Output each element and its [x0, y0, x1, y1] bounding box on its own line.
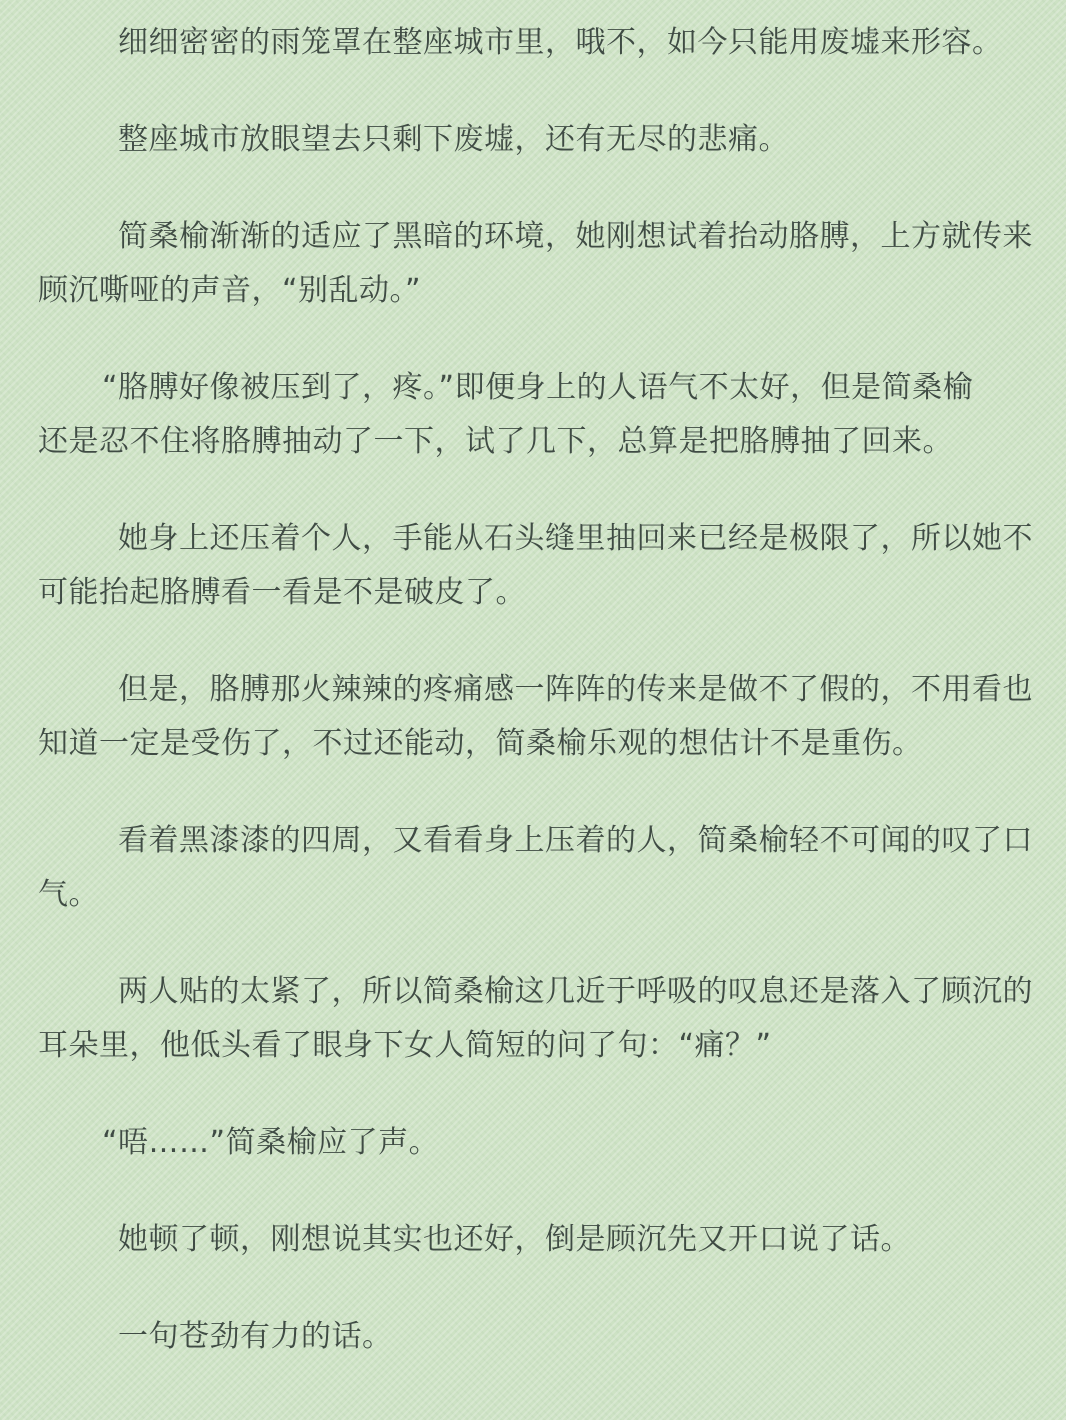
text-line: 知道一定是受伤了，不过还能动，简桑榆乐观的想估计不是重伤。: [38, 717, 1036, 771]
paragraph: 两人贴的太紧了，所以简桑榆这几近于呼吸的叹息还是落入了顾沉的耳朵里，他低头看了眼…: [38, 965, 1036, 1073]
text-line: 一句苍劲有力的话。: [38, 1310, 1036, 1364]
paragraph: “唔……”简桑榆应了声。: [38, 1116, 1036, 1170]
paragraph: 她身上还压着个人，手能从石头缝里抽回来已经是极限了，所以她不可能抬起胳膊看一看是…: [38, 512, 1036, 620]
paragraph: 整座城市放眼望去只剩下废墟，还有无尽的悲痛。: [38, 113, 1036, 167]
text-line: 还是忍不住将胳膊抽动了一下，试了几下，总算是把胳膊抽了回来。: [38, 415, 1036, 469]
reading-page[interactable]: 细细密密的雨笼罩在整座城市里，哦不，如今只能用废墟来形容。整座城市放眼望去只剩下…: [0, 0, 1066, 1420]
text-line: “胳膊好像被压到了，疼。”即便身上的人语气不太好，但是简桑榆: [38, 361, 1036, 415]
paragraph: 看着黑漆漆的四周，又看看身上压着的人，简桑榆轻不可闻的叹了口气。: [38, 814, 1036, 922]
paragraph: “胳膊好像被压到了，疼。”即便身上的人语气不太好，但是简桑榆还是忍不住将胳膊抽动…: [38, 361, 1036, 469]
text-line: 两人贴的太紧了，所以简桑榆这几近于呼吸的叹息还是落入了顾沉的: [38, 965, 1036, 1019]
novel-text-body: 细细密密的雨笼罩在整座城市里，哦不，如今只能用废墟来形容。整座城市放眼望去只剩下…: [38, 16, 1036, 1364]
paragraph: 细细密密的雨笼罩在整座城市里，哦不，如今只能用废墟来形容。: [38, 16, 1036, 70]
text-line: “唔……”简桑榆应了声。: [38, 1116, 1036, 1170]
paragraph: 一句苍劲有力的话。: [38, 1310, 1036, 1364]
text-line: 可能抬起胳膊看一看是不是破皮了。: [38, 566, 1036, 620]
text-line: 她身上还压着个人，手能从石头缝里抽回来已经是极限了，所以她不: [38, 512, 1036, 566]
text-line: 气。: [38, 868, 1036, 922]
paragraph: 但是，胳膊那火辣辣的疼痛感一阵阵的传来是做不了假的，不用看也知道一定是受伤了，不…: [38, 663, 1036, 771]
text-line: 看着黑漆漆的四周，又看看身上压着的人，简桑榆轻不可闻的叹了口: [38, 814, 1036, 868]
text-line: 耳朵里，他低头看了眼身下女人简短的问了句：“痛？”: [38, 1019, 1036, 1073]
paragraph: 简桑榆渐渐的适应了黑暗的环境，她刚想试着抬动胳膊，上方就传来顾沉嘶哑的声音，“别…: [38, 210, 1036, 318]
text-line: 细细密密的雨笼罩在整座城市里，哦不，如今只能用废墟来形容。: [38, 16, 1036, 70]
paragraph: 她顿了顿，刚想说其实也还好，倒是顾沉先又开口说了话。: [38, 1213, 1036, 1267]
text-line: 顾沉嘶哑的声音，“别乱动。”: [38, 264, 1036, 318]
text-line: 简桑榆渐渐的适应了黑暗的环境，她刚想试着抬动胳膊，上方就传来: [38, 210, 1036, 264]
text-line: 整座城市放眼望去只剩下废墟，还有无尽的悲痛。: [38, 113, 1036, 167]
text-line: 她顿了顿，刚想说其实也还好，倒是顾沉先又开口说了话。: [38, 1213, 1036, 1267]
text-line: 但是，胳膊那火辣辣的疼痛感一阵阵的传来是做不了假的，不用看也: [38, 663, 1036, 717]
